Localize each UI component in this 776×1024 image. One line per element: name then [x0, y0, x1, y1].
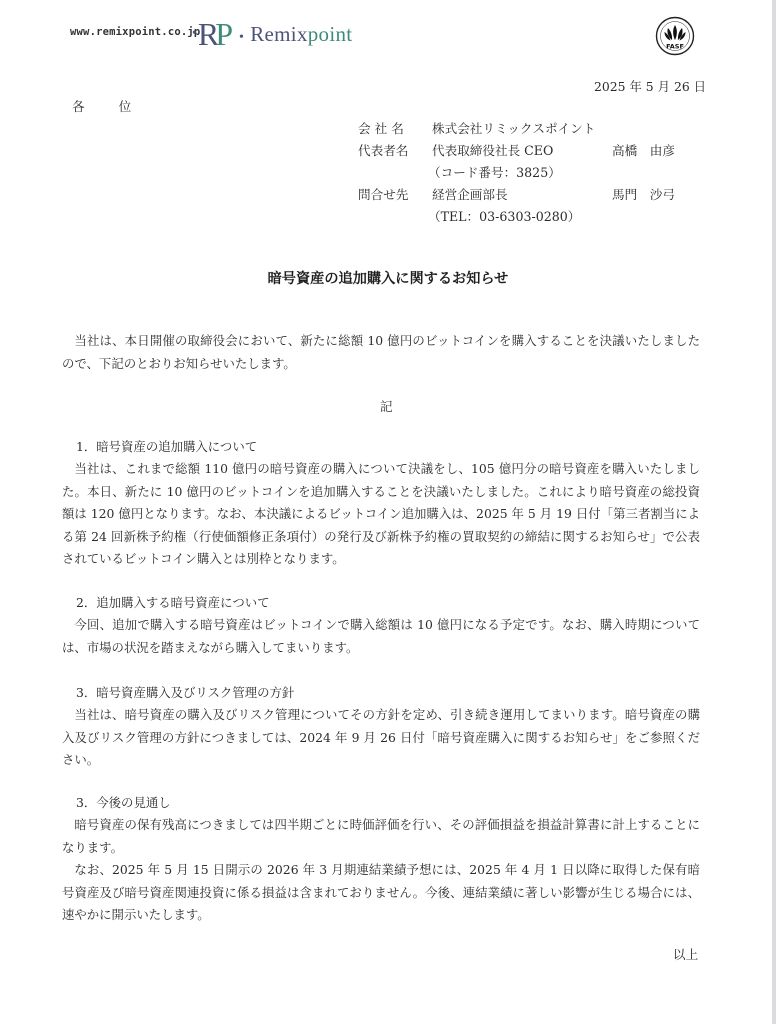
stock-code: （コード番号：3825）: [428, 164, 561, 182]
company-name-label: 会 社 名: [358, 120, 404, 138]
representative-label: 代表者名: [358, 142, 408, 160]
document-page: www.remixpoint.co.jp • R P •Remixpoint F…: [0, 0, 772, 1024]
document-title: 暗号資産の追加購入に関するお知らせ: [0, 268, 776, 288]
intro-paragraph: 当社は、本日開催の取締役会において、新たに総額 10 億円のビットコインを購入す…: [62, 330, 700, 375]
section-4-paragraph-1: 暗号資産の保有残高につきましては四半期ごとに時価評価を行い、その評価損益を損益計…: [62, 814, 700, 859]
rp-logo-mark-icon: • R P: [192, 18, 233, 50]
document-date: 2025 年 5 月 26 日: [594, 78, 706, 96]
section-2-heading: 2．追加購入する暗号資産について: [76, 594, 270, 612]
company-name: 株式会社リミックスポイント: [432, 120, 595, 138]
section-3-heading: 3．暗号資産購入及びリスク管理の方針: [76, 684, 294, 702]
logo-dot: •: [192, 27, 197, 41]
section-3-paragraph: 当社は、暗号資産の購入及びリスク管理についてその方針を定め、引き続き運用してまい…: [62, 704, 700, 772]
section-1-body: 当社は、これまで総額 110 億円の暗号資産の購入について決議をし、105 億円…: [62, 458, 700, 571]
section-4-heading: 3．今後の見通し: [76, 794, 171, 812]
addressee-char-2: 位: [119, 99, 132, 114]
ki-marker: 記: [380, 396, 393, 415]
logo-mark-p: P: [215, 18, 233, 50]
representative-title: 代表取締役社長 CEO: [432, 142, 553, 160]
logo-name-main: Remix: [250, 22, 308, 46]
logo-separator: •: [239, 30, 244, 45]
fasf-seal-icon: FASF: [655, 16, 695, 56]
contact-name: 馬門 沙弓: [612, 186, 675, 204]
representative-name: 高橋 由彦: [612, 142, 675, 160]
intro-text: 当社は、本日開催の取締役会において、新たに総額 10 億円のビットコインを購入す…: [62, 330, 700, 375]
svg-text:FASF: FASF: [666, 43, 684, 51]
site-url: www.remixpoint.co.jp: [70, 26, 200, 38]
section-2-paragraph: 今回、追加で購入する暗号資産はビットコインで購入総額は 10 億円になる予定です…: [62, 614, 700, 659]
contact-title: 経営企画部長: [432, 186, 508, 204]
addressee-char-1: 各: [72, 99, 85, 114]
section-1-paragraph: 当社は、これまで総額 110 億円の暗号資産の購入について決議をし、105 億円…: [62, 458, 700, 571]
viewer-edge-scrollbar: [772, 0, 776, 1024]
closing-mark: 以上: [673, 944, 698, 963]
contact-label: 問合せ先: [358, 186, 408, 204]
section-2-body: 今回、追加で購入する暗号資産はビットコインで購入総額は 10 億円になる予定です…: [62, 614, 700, 659]
section-4-body: 暗号資産の保有残高につきましては四半期ごとに時価評価を行い、その評価損益を損益計…: [62, 814, 700, 927]
logo-name-accent: point: [308, 22, 353, 46]
company-logo: • R P •Remixpoint: [192, 16, 352, 52]
addressee: 各位: [72, 98, 131, 116]
section-1-heading: 1．暗号資産の追加購入について: [76, 438, 257, 456]
logo-wordmark: •Remixpoint: [239, 22, 352, 47]
section-3-body: 当社は、暗号資産の購入及びリスク管理についてその方針を定め、引き続き運用してまい…: [62, 704, 700, 772]
contact-tel: （TEL：03-6303-0280）: [428, 208, 580, 226]
section-4-paragraph-2: なお、2025 年 5 月 15 日開示の 2026 年 3 月期連結業績予想に…: [62, 859, 700, 927]
